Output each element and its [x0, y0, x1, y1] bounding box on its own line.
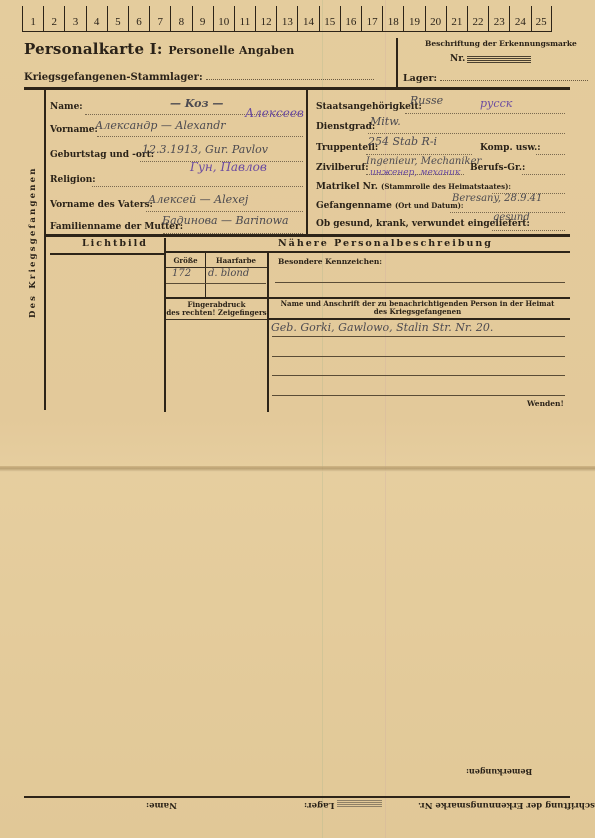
haarfarbe-label: Haarfarbe: [206, 257, 266, 265]
staat-label: Staatsangehörigkeit:: [316, 102, 422, 112]
berufs-gr-input[interactable]: [522, 174, 565, 175]
gesund-value: gesund: [493, 212, 530, 223]
anschrift-line-3[interactable]: [272, 375, 565, 376]
anschrift-line-2[interactable]: [272, 356, 565, 357]
number-cell: 8: [170, 6, 191, 32]
dienstgrad-label: Dienstgrad:: [316, 122, 375, 132]
number-cell: 23: [488, 6, 509, 32]
matrikel-label: Matrikel Nr. (Stammrolle des Heimatstaat…: [316, 182, 511, 192]
matrikel-label-text: Matrikel Nr.: [316, 182, 378, 192]
anschrift-label: Name und Anschrift der zu benachrichtige…: [270, 300, 565, 316]
title-main: Personalkarte I:: [24, 40, 163, 58]
vorname-value: Александр — Alexandr: [95, 119, 226, 132]
zivilberuf-label: Zivilberuf:: [316, 163, 369, 173]
wenden-label: Wenden!: [527, 399, 564, 408]
number-cell: 15: [319, 6, 340, 32]
middle-divider: [306, 90, 308, 234]
gefangennahme-label: Gefangenname (Ort und Datum):: [316, 201, 464, 211]
komp-input[interactable]: [536, 154, 565, 155]
gesund-input[interactable]: [492, 230, 565, 231]
groesse-value: 172: [172, 268, 191, 279]
stammlager-label: Kriegsgefangenen-Stammlager:: [24, 72, 203, 83]
section-rule: [44, 234, 570, 237]
number-cell: 12: [255, 6, 276, 32]
number-cell: 14: [297, 6, 318, 32]
number-strip: 1234567891011121314151617181920212223242…: [22, 6, 552, 32]
number-cell: 9: [192, 6, 213, 32]
nr-label: Nr.: [450, 54, 465, 64]
top-rule: [24, 87, 570, 90]
truppenteil-value: 254 Stab R-i: [368, 135, 437, 148]
gefangennahme-label-text: Gefangenname: [316, 201, 392, 211]
lager-label-inverted: Lager:: [304, 800, 334, 810]
religion-label: Religion:: [50, 175, 96, 185]
anschrift-label-2: des Kriegsgefangenen: [270, 308, 565, 316]
anschrift-line-1[interactable]: [272, 336, 565, 337]
number-cell: 22: [467, 6, 488, 32]
number-cell: 18: [382, 6, 403, 32]
geburt-label: Geburtstag und -ort:: [50, 150, 154, 160]
vater-label: Vorname des Vaters:: [50, 200, 153, 210]
fingerabdruck-label: Fingerabdruck des rechten! Zeigefingers: [166, 301, 267, 317]
lager-label: Lager:: [403, 73, 437, 84]
bemerkungen-label: Bemerkungen:: [466, 767, 532, 777]
staat-value-extra: русск: [480, 97, 512, 110]
zivilberuf-value: Ingenieur, Mechaniker: [366, 156, 481, 167]
rule: [166, 319, 267, 320]
merkmal-divider: [267, 251, 269, 412]
staat-value: Russe: [410, 94, 443, 107]
berufs-gr-label: Berufs-Gr.:: [470, 163, 525, 173]
number-cell: 20: [425, 6, 446, 32]
number-cell: 7: [149, 6, 170, 32]
name-value-extra: Алексеев: [245, 106, 304, 120]
vorname-input[interactable]: [97, 136, 303, 137]
nr-redacted-bars: [467, 56, 531, 64]
number-cell: 5: [107, 6, 128, 32]
stammlager-field[interactable]: Kriegsgefangenen-Stammlager:: [24, 71, 374, 83]
geburt-value-extra: Гун, Павлов: [190, 160, 267, 174]
number-cell: 16: [340, 6, 361, 32]
vorname-label: Vorname:: [50, 125, 98, 135]
gefangennahme-value: Beresany, 28.9.41: [452, 193, 542, 204]
name-label-inverted: Name:: [146, 800, 177, 810]
rule: [166, 297, 267, 299]
erkennungsmarke-title: Beschriftung der Erkennungsmarke: [425, 39, 577, 48]
rule: [268, 318, 570, 320]
haarfarbe-value: d. blond: [208, 268, 249, 279]
beschriftung-label-inverted: Beschriftung der Erkennungsmarke Nr.: [418, 800, 595, 810]
komp-label: Komp. usw.:: [480, 143, 541, 153]
rule: [166, 283, 266, 284]
side-label: Des Kriegsgefangenen: [28, 166, 38, 318]
zivilberuf-value-extra: инженер, механик: [370, 168, 460, 178]
dienstgrad-value: Mitw.: [370, 115, 401, 128]
anschrift-line-4[interactable]: [272, 395, 565, 396]
kennzeichen-line[interactable]: [275, 282, 565, 283]
vater-value: Алексей — Alexej: [148, 193, 248, 206]
number-cell: 25: [531, 6, 552, 32]
kennzeichen-label: Besondere Kennzeichen:: [278, 257, 382, 266]
name-value: — Koз —: [170, 97, 223, 110]
title-sub: Personelle Angaben: [168, 44, 294, 57]
number-cell: 24: [509, 6, 530, 32]
number-cell: 11: [234, 6, 255, 32]
page-title: Personalkarte I: Personelle Angaben: [24, 39, 294, 58]
matrikel-label-small: (Stammrolle des Heimatstaates):: [381, 182, 511, 191]
naehere-rule: [166, 251, 570, 253]
lichtbild-heading: Lichtbild: [82, 238, 148, 249]
dienstgrad-input[interactable]: [368, 133, 565, 134]
number-cell: 19: [403, 6, 424, 32]
name-label: Name:: [50, 102, 83, 112]
religion-input[interactable]: [92, 186, 303, 187]
number-cell: 17: [361, 6, 382, 32]
number-cell: 3: [64, 6, 85, 32]
number-cell: 21: [446, 6, 467, 32]
number-cell: 4: [86, 6, 107, 32]
number-cell: 6: [128, 6, 149, 32]
fold-line: [0, 466, 595, 472]
truppenteil-input[interactable]: [366, 154, 472, 155]
anschrift-value: Geb. Gorki, Gawlowo, Stalin Str. Nr. 20.: [271, 321, 493, 334]
divider: [396, 38, 398, 88]
staat-input[interactable]: [405, 113, 565, 114]
number-cell: 13: [276, 6, 297, 32]
lichtbild-rule: [50, 253, 164, 255]
groesse-label: Größe: [166, 257, 205, 265]
bottom-rule: [24, 796, 570, 798]
lager-field[interactable]: Lager:: [403, 72, 588, 84]
number-cell: 2: [43, 6, 64, 32]
stammlager-input[interactable]: [206, 71, 374, 80]
number-cell: 10: [213, 6, 234, 32]
naehere-heading: Nähere Personalbeschreibung: [278, 238, 493, 249]
lager-input[interactable]: [440, 72, 588, 81]
number-cell: 1: [22, 6, 43, 32]
left-border: [44, 90, 46, 410]
fingerabdruck-label-2: des rechten! Zeigefingers: [166, 309, 267, 317]
mutter-value: Бадинова — Barinowa: [162, 214, 289, 227]
geburt-value: 12.3.1913, Gur. Pavlov: [142, 143, 268, 156]
nr-redacted-bars-inverted: [337, 800, 382, 808]
vater-input[interactable]: [146, 211, 303, 212]
